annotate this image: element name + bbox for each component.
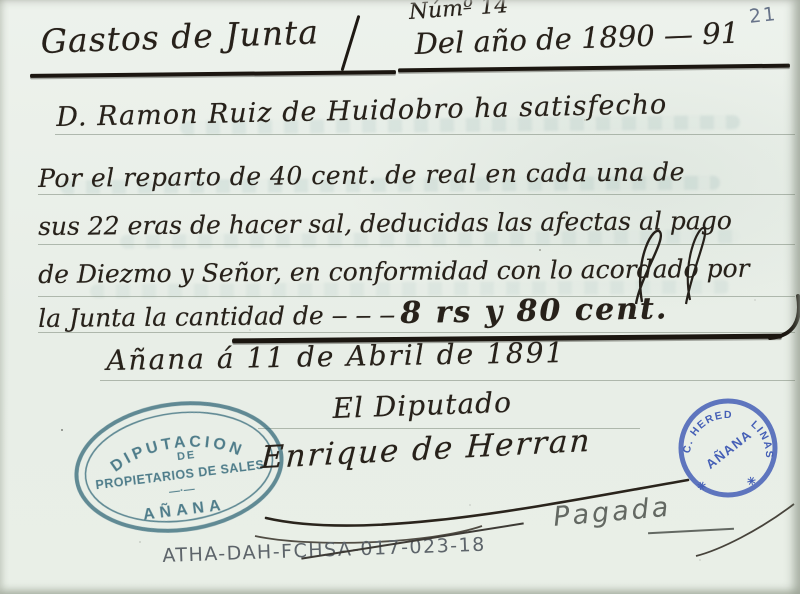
- round-stamp-mark-right: ✳: [746, 475, 758, 489]
- baseline-rule: [38, 194, 795, 195]
- body-line-5-prefix: la Junta la cantidad de ‒ ‒ ‒: [38, 300, 395, 333]
- baseline-rule: [55, 134, 795, 135]
- oval-stamp-bottom-text: AÑANA: [142, 494, 227, 524]
- document-year: Del año de 1890 — 91: [414, 16, 740, 61]
- baseline-rule: [38, 332, 795, 333]
- header-underline-right: [398, 64, 790, 73]
- amount-underline-hook: [768, 292, 800, 342]
- signer-role: El Diputado: [332, 386, 512, 425]
- baseline-rule: [100, 380, 795, 381]
- document-title: Gastos de Junta: [40, 12, 320, 61]
- oval-stamp-divider: —·—: [168, 483, 195, 498]
- amount-value: 8 rs y 80 cent.: [400, 291, 669, 331]
- oval-stamp-de: DE: [176, 449, 197, 463]
- document-number: Númº 14: [408, 0, 509, 25]
- scanned-receipt-page: { "page_number": "21", "header": { "titl…: [0, 0, 800, 594]
- date-line: Añana á 11 de Abril de 1891: [106, 336, 566, 377]
- header-divider-stroke: [341, 15, 360, 71]
- archive-reference: ATHA-DAH-FCHSA-017-023-18: [162, 534, 486, 567]
- header-underline-left: [30, 70, 396, 78]
- folio-number: 21: [748, 3, 778, 28]
